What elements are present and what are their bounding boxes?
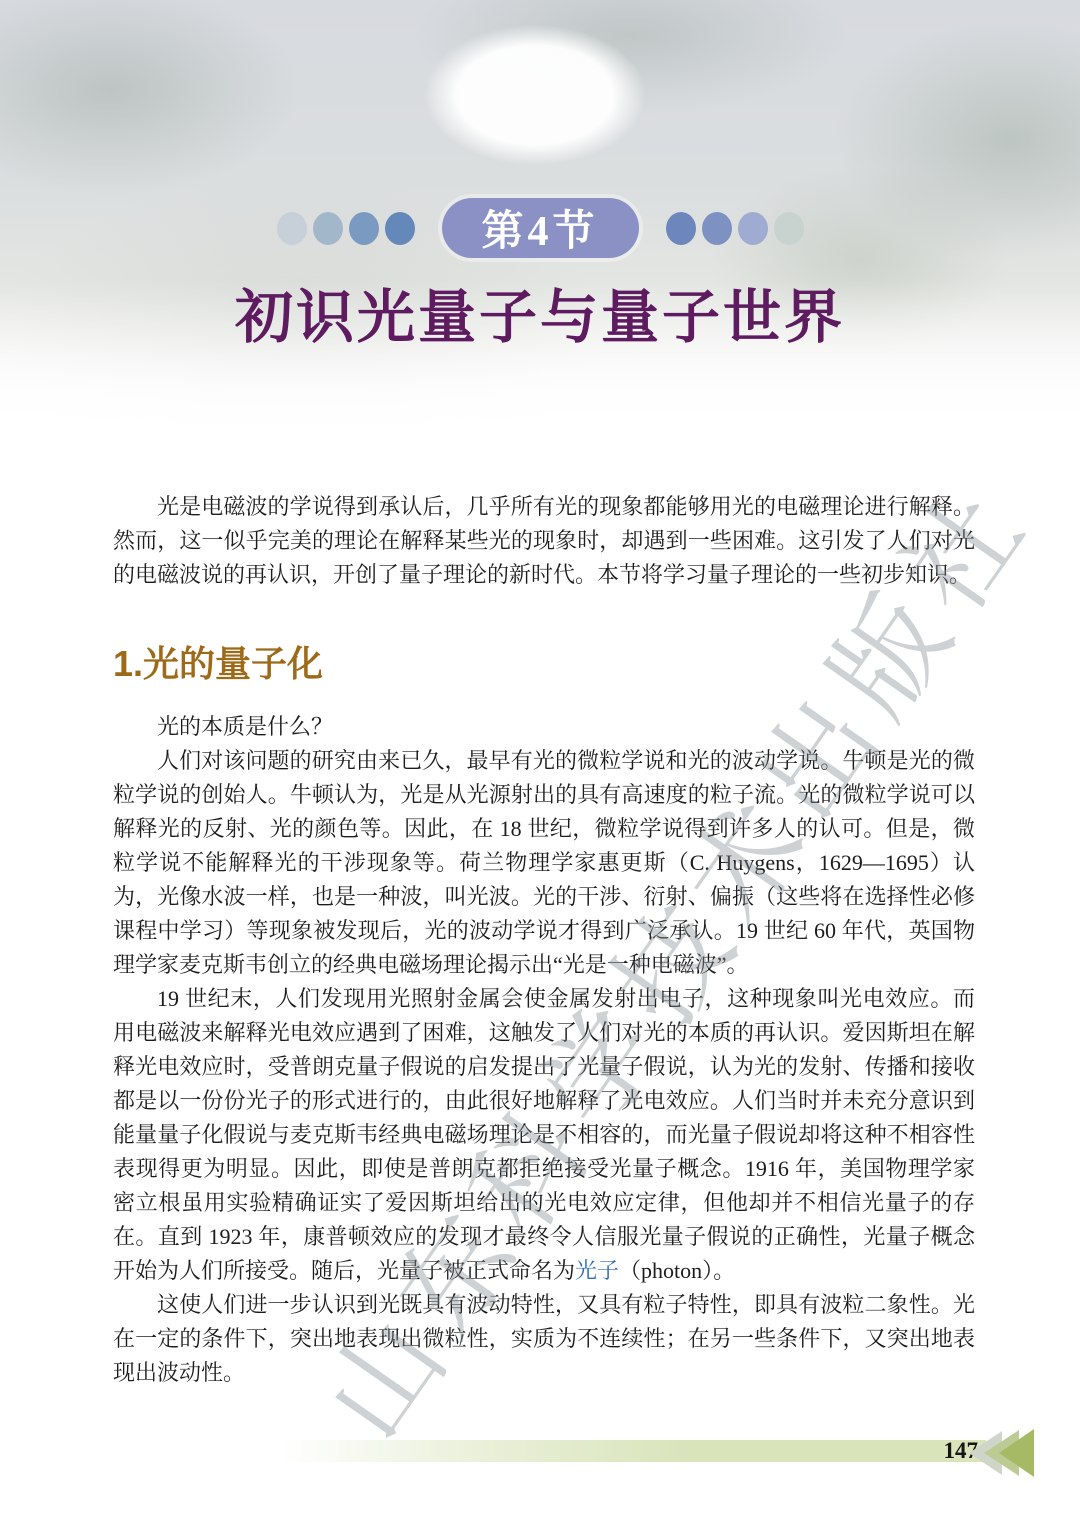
decor-dot [313,212,343,245]
decor-dot [702,212,732,245]
paragraph-photoelectric: 19 世纪末，人们发现用光照射金属会使金属发射出电子，这种现象叫光电效应。而用电… [113,982,975,1288]
paragraph-light-theories: 人们对该问题的研究由来已久，最早有光的微粒学说和光的波动学说。牛顿是光的微粒学说… [113,744,975,982]
decor-dot [666,212,696,245]
section-heading: 1.光的量子化 [113,644,975,684]
decor-dot [774,212,804,245]
decor-dot [277,212,307,245]
page-title: 初识光量子与量子世界 [0,270,1080,354]
decor-dot [738,212,768,245]
paragraph-text: （photon）。 [619,1258,735,1283]
page-corner-chevrons [966,1430,1034,1476]
section-badge-row: 第4节 [0,196,1080,260]
decor-dot [385,212,415,245]
intro-paragraph: 光是电磁波的学说得到承认后，几乎所有光的现象都能够用光的电磁理论进行解释。然而，… [113,490,975,592]
decor-dots-right [663,212,807,245]
paragraph-text: 19 世纪末，人们发现用光照射金属会使金属发射出电子，这种现象叫光电效应。而用电… [113,986,975,1283]
decor-dots-left [274,212,418,245]
photon-term: 光子 [575,1258,619,1283]
body-content: 光是电磁波的学说得到承认后，几乎所有光的现象都能够用光的电磁理论进行解释。然而，… [113,490,975,1390]
textbook-page: 第4节 初识光量子与量子世界 光是电磁波的学说得到承认后，几乎所有光的现象都能够… [0,0,1080,1527]
question-line: 光的本质是什么？ [113,710,975,744]
paragraph-wave-particle-duality: 这使人们进一步认识到光既具有波动特性，又具有粒子特性，即具有波粒二象性。光在一定… [113,1288,975,1390]
section-badge: 第4节 [442,198,639,258]
footer-bar: 147 [280,1440,986,1462]
decor-dot [349,212,379,245]
